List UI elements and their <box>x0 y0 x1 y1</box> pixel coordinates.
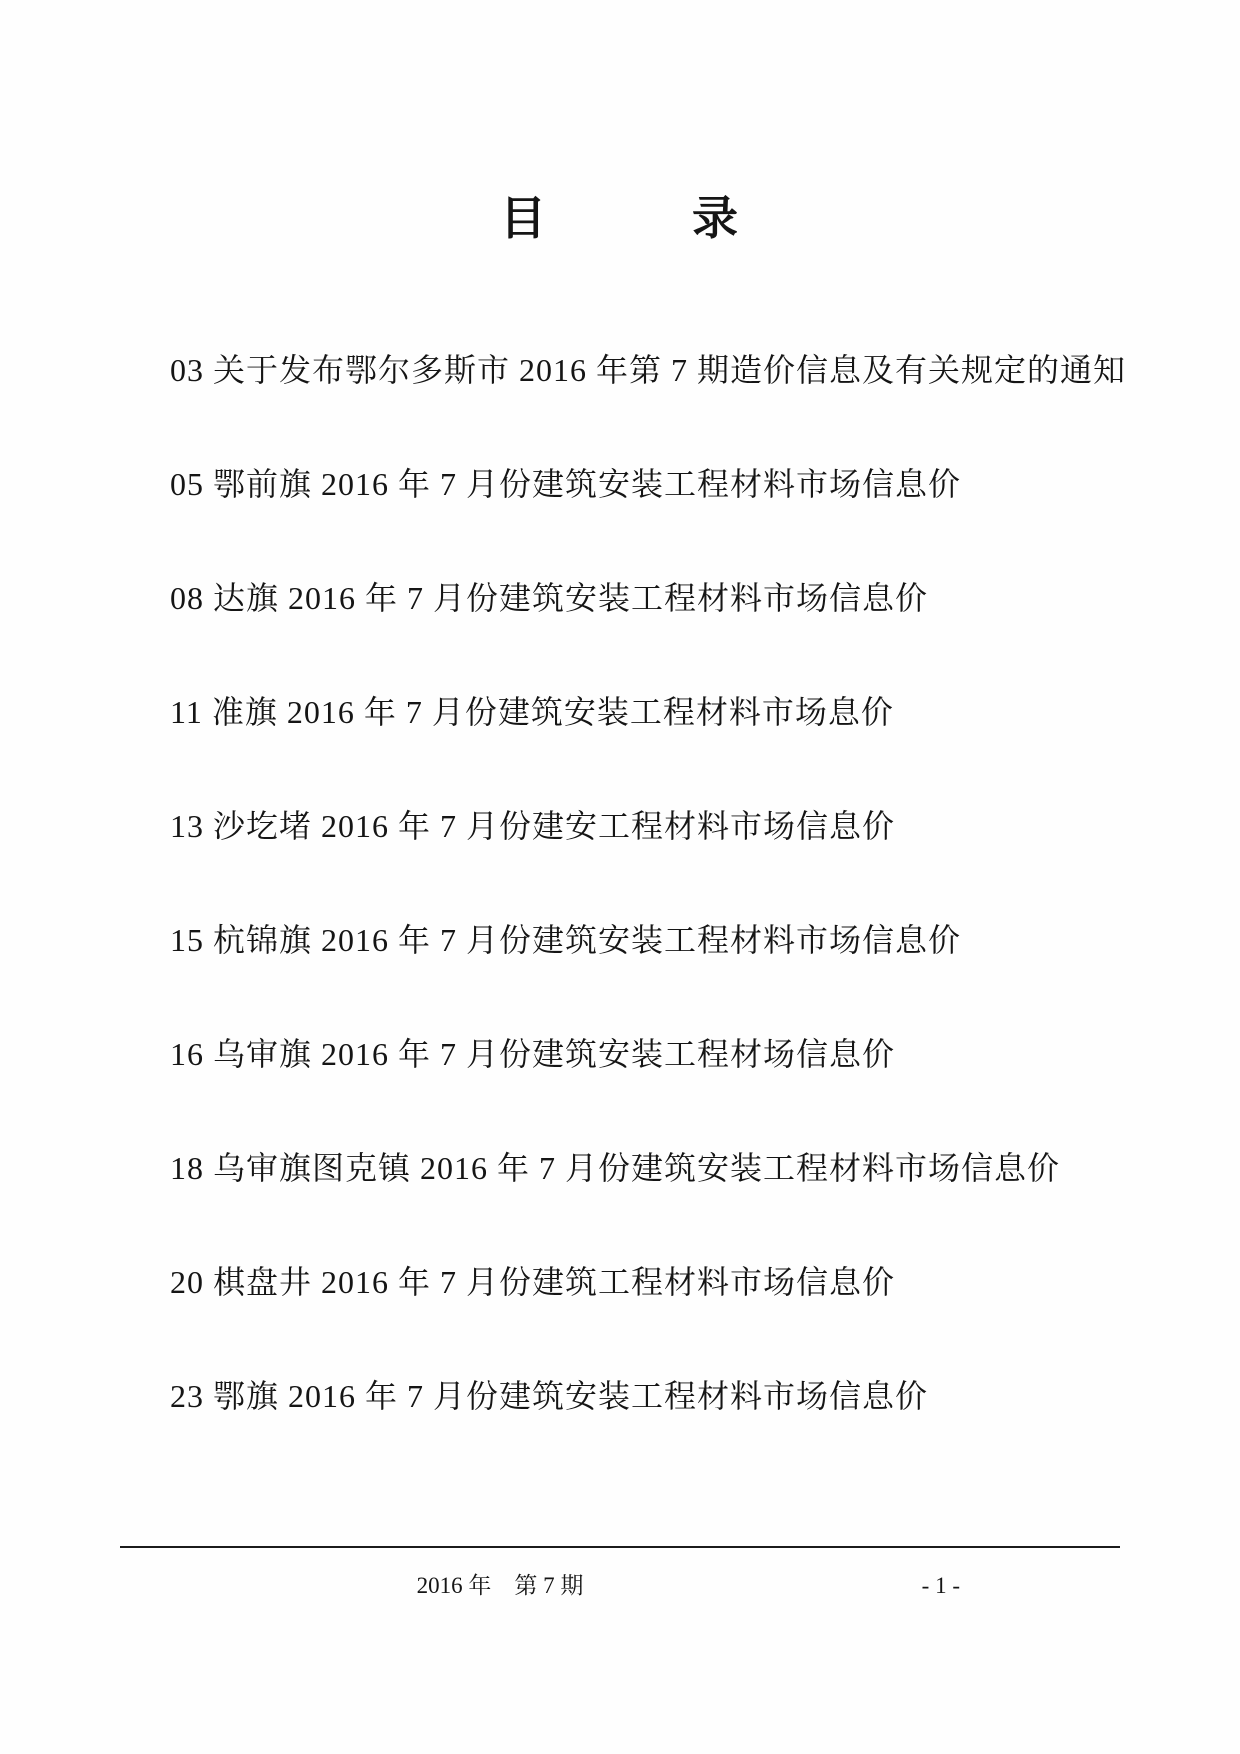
footer-page-number: - 1 - <box>922 1570 960 1602</box>
document-page: 目 录 03 关于发布鄂尔多斯市 2016 年第 7 期造价信息及有关规定的通知… <box>0 0 1240 1754</box>
toc-entry: 23 鄂旗 2016 年 7 月份建筑安装工程材料市场信息价 <box>170 1380 1120 1412</box>
toc-entry: 13 沙圪堵 2016 年 7 月份建安工程材料市场信息价 <box>170 810 1120 842</box>
toc-entry: 20 棋盘井 2016 年 7 月份建筑工程材料市场信息价 <box>170 1266 1120 1298</box>
page-title: 目 录 <box>0 0 1240 242</box>
toc-entry: 15 杭锦旗 2016 年 7 月份建筑安装工程材料市场信息价 <box>170 924 1120 956</box>
footer-issue: 2016 年 第 7 期 <box>417 1570 584 1602</box>
footer: 2016 年 第 7 期 - 1 - <box>120 1570 1120 1602</box>
toc-entry: 03 关于发布鄂尔多斯市 2016 年第 7 期造价信息及有关规定的通知 <box>170 354 1120 386</box>
toc-entry: 08 达旗 2016 年 7 月份建筑安装工程材料市场信息价 <box>170 582 1120 614</box>
footer-rule <box>120 1546 1120 1548</box>
toc-list: 03 关于发布鄂尔多斯市 2016 年第 7 期造价信息及有关规定的通知 05 … <box>0 354 1240 1412</box>
toc-entry: 05 鄂前旗 2016 年 7 月份建筑安装工程材料市场信息价 <box>170 468 1120 500</box>
toc-entry: 18 乌审旗图克镇 2016 年 7 月份建筑安装工程材料市场信息价 <box>170 1152 1120 1184</box>
toc-entry: 16 乌审旗 2016 年 7 月份建筑安装工程材场信息价 <box>170 1038 1120 1070</box>
toc-entry: 11 准旗 2016 年 7 月份建筑安装工程材料市场息价 <box>170 696 1120 728</box>
